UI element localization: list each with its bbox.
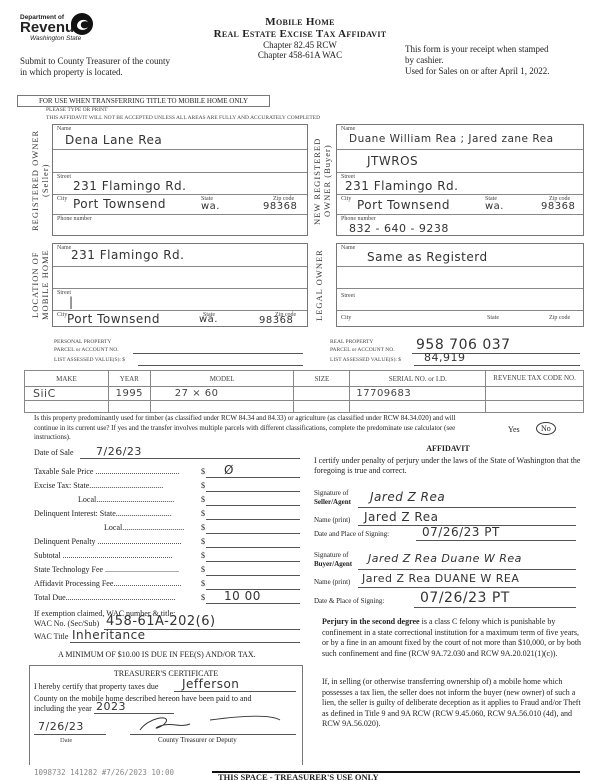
buyer-name-print[interactable]: Jared Z Rea DUANE W REA	[362, 572, 519, 585]
buyer-name-print-label: Name (print)	[314, 578, 350, 586]
seller-city-row[interactable]: City Port Townsend State wa. Zip code 98…	[53, 195, 307, 215]
cashier-stamp: 1098732 141282 #7/26/2023 10:00	[34, 768, 174, 777]
buyer-street-row[interactable]: Street 231 Flamingo Rd.	[337, 173, 583, 195]
timber-question: Is this property predominantly used for …	[34, 414, 474, 443]
location-name-row2[interactable]	[53, 267, 307, 289]
affidavit-title: AFFIDAVIT	[312, 444, 584, 453]
buyer-name-row2[interactable]: JTWROS	[337, 150, 583, 173]
wac-title-field[interactable]: Inheritance	[70, 633, 300, 643]
seller-name-print-label: Name (print)	[314, 516, 350, 524]
cell-size[interactable]	[294, 387, 350, 401]
buyer-city[interactable]: Port Townsend	[357, 198, 450, 212]
treasurer-line3: including the year	[34, 704, 92, 713]
col-year: YEAR	[108, 371, 150, 387]
accept-warning: THIS AFFIDAVIT WILL NOT BE ACCEPTED UNLE…	[46, 115, 320, 121]
buyer-street[interactable]: 231 Flamingo Rd.	[345, 179, 458, 193]
legal-owner-name[interactable]: Same as Registerd	[367, 250, 488, 264]
seller-date-place-label: Date and Place of Signing:	[314, 530, 389, 538]
wac-no-label: WAC No. (Sec/Sub)	[34, 619, 99, 628]
affidavit-certify: I certify under penalty of perjury under…	[312, 456, 584, 476]
tax-lien-notice: If, in selling (or otherwise transferrin…	[322, 677, 584, 730]
buyer-date-place[interactable]: 07/26/23 PT	[420, 590, 510, 606]
table-row	[25, 401, 584, 413]
legal-name-row2[interactable]	[337, 267, 583, 289]
wac-title-label: WAC Title	[34, 632, 68, 641]
treasurer-signature-icon	[130, 712, 296, 734]
fee-excise-state: Excise Tax: State.......................…	[34, 481, 300, 495]
rp-assessed-field[interactable]: 84,919	[414, 357, 580, 366]
location-name-row[interactable]: Name 231 Flamingo Rd.	[53, 244, 307, 267]
treasurer-use-only-label: THIS SPACE - TREASURER'S USE ONLY	[218, 772, 379, 781]
fee-delinquent-penalty: Delinquent Penalty .....................…	[34, 537, 300, 551]
seller-phone-row[interactable]: Phone number	[53, 215, 307, 237]
col-serial: SERIAL NO. or I.D.	[350, 371, 486, 387]
seller-signature[interactable]: Jared Z Rea	[370, 490, 445, 504]
transfer-notice-box: FOR USE WHEN TRANSFERRING TITLE TO MOBIL…	[17, 95, 270, 107]
location-street[interactable]: |	[69, 295, 74, 309]
date-of-sale-value[interactable]: 7/26/23	[96, 445, 142, 458]
seller-name-row[interactable]: Name Dena Lane Rea	[53, 125, 307, 150]
location-section-label: LOCATION OF MOBILE HOME	[30, 244, 52, 326]
buyer-phone-row[interactable]: Phone number 832 - 640 - 9238	[337, 215, 583, 237]
location-zip[interactable]: 98368	[259, 315, 293, 326]
location-box: Name 231 Flamingo Rd. Street | City Port…	[52, 243, 308, 327]
col-model: MODEL	[150, 371, 294, 387]
year-value[interactable]: 2023	[96, 700, 126, 713]
fee-delinquent-interest-state: Delinquent Interest: State..............…	[34, 509, 300, 523]
fee-delinquent-interest-local: Local...............................$	[34, 523, 300, 537]
receipt-note: This form is your receipt when stamped b…	[405, 44, 549, 77]
buyer-date-place-label: Date & Place of Signing:	[314, 597, 384, 605]
table-row: SiiC 1995 27 × 60 17709683	[25, 387, 584, 401]
seller-name-print[interactable]: Jared Z Rea	[364, 510, 438, 524]
cell-serial[interactable]: 17709683	[350, 387, 486, 401]
legal-name-row[interactable]: Name Same as Registerd	[337, 244, 583, 267]
buyer-date-place-field[interactable]: 07/26/23 PT	[414, 598, 576, 608]
treasurer-cert-title: TREASURER'S CERTIFICATE	[30, 669, 302, 678]
treasurer-signature-field[interactable]	[130, 726, 296, 735]
buyer-zip[interactable]: 98368	[541, 201, 575, 212]
legal-owner-section-label: LEGAL OWNER	[314, 244, 336, 326]
cell-make[interactable]: SiiC	[25, 387, 109, 401]
location-street-row[interactable]: Street |	[53, 289, 307, 311]
seller-date-place[interactable]: 07/26/23 PT	[422, 525, 500, 539]
cell-year[interactable]: 1995	[108, 387, 150, 401]
treasurer-line1: I hereby certify that property taxes due	[34, 682, 158, 691]
rp-assessed-value[interactable]: 84,919	[424, 351, 466, 364]
seller-date-place-field[interactable]: 07/26/23 PT	[416, 531, 576, 541]
buyer-state[interactable]: wa.	[485, 201, 504, 212]
seller-name-row2[interactable]	[53, 150, 307, 173]
buyer-city-row[interactable]: City Port Townsend State wa. Zip code 98…	[337, 195, 583, 215]
location-name[interactable]: 231 Flamingo Rd.	[71, 248, 184, 262]
submit-note: Submit to County Treasurer of the county…	[20, 56, 170, 78]
buyer-signature[interactable]: Jared Z Rea Duane W Rea	[368, 552, 522, 565]
rp-parcel-label: REAL PROPERTY PARCEL or ACCOUNT NO.	[330, 338, 395, 354]
type-print-note: PLEASE TYPE OR PRINT	[46, 107, 107, 113]
pp-parcel-field[interactable]	[133, 345, 303, 354]
fee-total-due: Total Due...............................…	[34, 593, 300, 607]
seller-street[interactable]: 231 Flamingo Rd.	[73, 179, 186, 193]
treasurer-date-label: Date	[60, 737, 72, 744]
cell-model[interactable]: 27 × 60	[150, 387, 294, 401]
seller-section-label: REGISTERED OWNER (Seller)	[30, 125, 52, 235]
location-city[interactable]: Port Townsend	[67, 312, 160, 326]
perjury-notice: Perjury in the second degree is a class …	[322, 617, 584, 659]
legal-city-row[interactable]: City State Zip code	[337, 311, 583, 328]
affidavit-section: AFFIDAVIT I certify under penalty of per…	[312, 444, 584, 476]
buyer-signature-field[interactable]: Jared Z Rea Duane W Rea	[358, 560, 576, 570]
treasurer-date-field[interactable]: 7/26/23	[34, 726, 106, 735]
title-line2: Real Estate Excise Tax Affidavit	[0, 28, 600, 40]
col-make: MAKE	[25, 371, 109, 387]
seller-zip[interactable]: 98368	[263, 201, 297, 212]
buyer-name[interactable]: Duane William Rea ; Jared zane Rea	[349, 133, 554, 145]
timber-no-option[interactable]: No	[536, 422, 556, 435]
buyer-phone[interactable]: 832 - 640 - 9238	[349, 222, 449, 235]
seller-street-row[interactable]: Street 231 Flamingo Rd.	[53, 173, 307, 195]
seller-city[interactable]: Port Townsend	[73, 197, 166, 211]
fee-subtotal: Subtotal ...............................…	[34, 551, 300, 565]
buyer-sig-label: Signature of Buyer/Agent	[314, 551, 352, 569]
buyer-name-row[interactable]: Name Duane William Rea ; Jared zane Rea	[337, 125, 583, 150]
treasurer-certificate-box: TREASURER'S CERTIFICATE I hereby certify…	[29, 665, 303, 765]
title-line1: Mobile Home	[0, 16, 600, 28]
seller-signature-field[interactable]: Jared Z Rea	[358, 498, 576, 508]
pp-assessed-label: LIST ASSESSED VALUE(S): $	[54, 357, 125, 363]
buyer-name-print-field[interactable]: Jared Z Rea DUANE W REA	[358, 578, 576, 588]
fee-taxable-sale-price: Taxable Sale Price .....................…	[34, 467, 300, 481]
buyer-box: Name Duane William Rea ; Jared zane Rea …	[336, 124, 584, 236]
fee-excise-local: Local...................................…	[34, 495, 300, 509]
seller-sig-label: Signature of Seller/Agent	[314, 489, 351, 507]
buyer-name-2[interactable]: JTWROS	[367, 154, 418, 168]
minimum-due-note: A MINIMUM OF $10.00 IS DUE IN FEE(S) AND…	[58, 650, 256, 659]
date-of-sale-label: Date of Sale	[34, 448, 74, 457]
timber-yes-option[interactable]: Yes	[508, 425, 520, 434]
buyer-section-label: NEW REGISTERED OWNER (Buyer)	[312, 125, 336, 237]
legal-owner-box: Name Same as Registerd Street City State…	[336, 243, 584, 327]
legal-street-row[interactable]: Street	[337, 289, 583, 311]
pp-assessed-field[interactable]	[138, 357, 303, 366]
mobile-home-table: MAKE YEAR MODEL SIZE SERIAL NO. or I.D. …	[24, 370, 584, 413]
treasurer-sig-label: County Treasurer or Deputy	[158, 736, 237, 744]
treasurer-line2: County on the mobile home described here…	[34, 694, 252, 703]
fee-state-technology: State Technology Fee ...................…	[34, 565, 300, 579]
seller-name[interactable]: Dena Lane Rea	[65, 133, 162, 147]
col-size: SIZE	[294, 371, 350, 387]
rp-assessed-label: LIST ASSESSED VALUE(S): $	[330, 357, 401, 363]
date-of-sale-field[interactable]: 7/26/23	[80, 449, 300, 459]
seller-box: Name Dena Lane Rea Street 231 Flamingo R…	[52, 124, 308, 236]
treasurer-date-value[interactable]: 7/26/23	[38, 720, 84, 733]
pp-parcel-label: PERSONAL PROPERTY PARCEL or ACCOUNT NO.	[54, 338, 119, 354]
location-state[interactable]: wa.	[199, 314, 218, 325]
seller-state[interactable]: wa.	[201, 201, 220, 212]
county-value[interactable]: Jefferson	[182, 677, 239, 691]
cell-rev-code[interactable]	[486, 387, 584, 401]
col-rev-code: REVENUE TAX CODE NO.	[486, 371, 584, 387]
county-field[interactable]: Jefferson	[174, 683, 296, 692]
wac-no-value[interactable]: 458-61A-202(6)	[106, 614, 216, 629]
location-city-row[interactable]: City Port Townsend State wa. Zip code 98…	[53, 311, 307, 328]
wac-title-value[interactable]: Inheritance	[72, 628, 146, 642]
